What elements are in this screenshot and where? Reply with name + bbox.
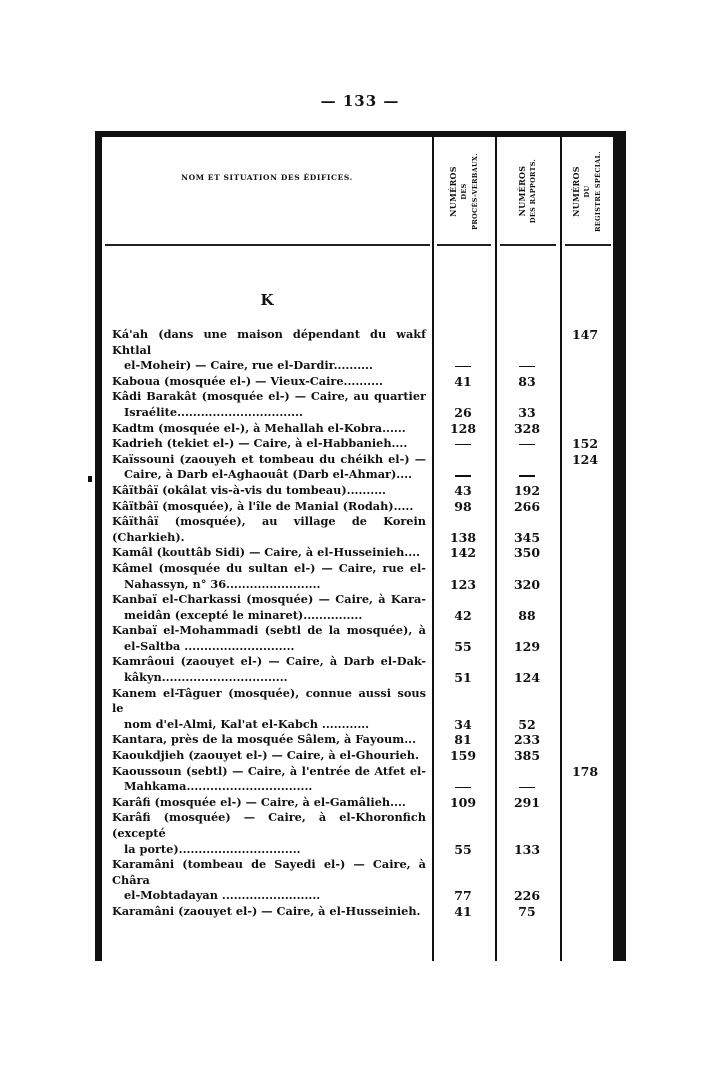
proces-verbal-number: 43 bbox=[433, 483, 493, 499]
edifice-name: Kantara, près de la mosquée Sâlem, à Fay… bbox=[112, 732, 426, 748]
proces-verbal-number: 123 bbox=[433, 577, 493, 593]
rapport-number: 52 bbox=[498, 717, 556, 733]
dash-mark bbox=[455, 366, 471, 368]
table-row: Kamâl (kouttâb Sidi) — Caire, à el-Husse… bbox=[95, 545, 626, 561]
edifice-name: Kanem el-Tâguer (mosquée), connue aussi … bbox=[112, 686, 426, 733]
proces-verbal-number: 138 bbox=[433, 530, 493, 546]
rapport-number: 129 bbox=[498, 639, 556, 655]
dash-mark bbox=[519, 787, 535, 789]
table-row: Karâfi (mosquée el-) — Caire, à el-Gamâl… bbox=[95, 795, 626, 811]
table-row: Kamrâoui (zaouyet el-) — Caire, à Darb e… bbox=[95, 654, 626, 685]
table-row: Kâïtbâï (okâlat vis-à-vis du tombeau)...… bbox=[95, 483, 626, 499]
table-row: Kâmel (mosquée du sultan el-) — Caire, r… bbox=[95, 561, 626, 592]
header-rapports: NUMÉROS DES RAPPORTS. bbox=[497, 141, 560, 241]
entries-list: Ká'ah (dans une maison dépendant du wakf… bbox=[95, 327, 626, 920]
header-rule bbox=[500, 244, 556, 246]
proces-verbal-number: 51 bbox=[433, 670, 493, 686]
edifice-name: Kaïssouni (zaouyeh et tombeau du chéikh … bbox=[112, 452, 426, 483]
proces-verbal-number: 77 bbox=[433, 888, 493, 904]
dash-mark bbox=[519, 366, 535, 368]
edifice-name: Kâïtbâï (mosquée), à l'île de Manial (Ro… bbox=[112, 499, 426, 515]
table-border-top bbox=[95, 131, 626, 137]
rapport-number: 226 bbox=[498, 888, 556, 904]
proces-verbal-number: 128 bbox=[433, 421, 493, 437]
rapport-number: 345 bbox=[498, 530, 556, 546]
rapport-number: 33 bbox=[498, 405, 556, 421]
edifice-name: Karâfi (mosquée el-) — Caire, à el-Gamâl… bbox=[112, 795, 426, 811]
proces-verbal-number: 26 bbox=[433, 405, 493, 421]
table-row: Kadrieh (tekiet el-) — Caire, à el-Habba… bbox=[95, 436, 626, 452]
edifice-name: Karamâni (tombeau de Sayedi el-) — Caire… bbox=[112, 857, 426, 904]
edifice-name: Karamâni (zaouyet el-) — Caire, à el-Hus… bbox=[112, 904, 426, 920]
table-row: Kaoussoun (sebtl) — Caire, à l'entrée de… bbox=[95, 764, 626, 795]
rapport-number: 192 bbox=[498, 483, 556, 499]
rapport-number: 75 bbox=[498, 904, 556, 920]
proces-verbal-number: 109 bbox=[433, 795, 493, 811]
edifice-name: Ká'ah (dans une maison dépendant du wakf… bbox=[112, 327, 426, 374]
header-registre-special: NUMÉROS DU REGISTRE SPÉCIAL. bbox=[562, 141, 613, 241]
table-row: Karamâni (zaouyet el-) — Caire, à el-Hus… bbox=[95, 904, 626, 920]
table-row: Kâïtbâï (mosquée), à l'île de Manial (Ro… bbox=[95, 499, 626, 515]
rapport-number: 124 bbox=[498, 670, 556, 686]
table-row: Kanbaï el-Mohammadi (sebtl de la mosquée… bbox=[95, 623, 626, 654]
edifice-name: Kâmel (mosquée du sultan el-) — Caire, r… bbox=[112, 561, 426, 592]
proces-verbal-number bbox=[433, 436, 493, 452]
table-row: Kâdi Barakât (mosquée el-) — Caire, au q… bbox=[95, 389, 626, 420]
rapport-number: 385 bbox=[498, 748, 556, 764]
rapport-number: 88 bbox=[498, 608, 556, 624]
proces-verbal-number bbox=[433, 467, 493, 483]
proces-verbal-number: 98 bbox=[433, 499, 493, 515]
table-row: Kanbaï el-Charkassi (mosquée) — Caire, à… bbox=[95, 592, 626, 623]
edifice-name: Karâfi (mosquée) — Caire, à el-Khoronfic… bbox=[112, 810, 426, 857]
dash-mark bbox=[455, 787, 471, 789]
rapport-number: 350 bbox=[498, 545, 556, 561]
edifices-table: NOM ET SITUATION DES ÉDIFICES. NUMÉROS D… bbox=[95, 131, 626, 961]
edifice-name: Kaoussoun (sebtl) — Caire, à l'entrée de… bbox=[112, 764, 426, 795]
proces-verbal-number: 159 bbox=[433, 748, 493, 764]
table-row: Karamâni (tombeau de Sayedi el-) — Caire… bbox=[95, 857, 626, 904]
table-row: Karâfi (mosquée) — Caire, à el-Khoronfic… bbox=[95, 810, 626, 857]
table-row: Kaoukdjieh (zaouyet el-) — Caire, à el-G… bbox=[95, 748, 626, 764]
rapport-number: 233 bbox=[498, 732, 556, 748]
rapport-number: 328 bbox=[498, 421, 556, 437]
table-row: Ká'ah (dans une maison dépendant du wakf… bbox=[95, 327, 626, 374]
dash-mark bbox=[519, 475, 535, 477]
edifice-name: Kaboua (mosquée el-) — Vieux-Caire......… bbox=[112, 374, 426, 390]
table-row: Kaïssouni (zaouyeh et tombeau du chéikh … bbox=[95, 452, 626, 483]
proces-verbal-number: 34 bbox=[433, 717, 493, 733]
proces-verbal-number: 81 bbox=[433, 732, 493, 748]
edifice-name: Kanbaï el-Charkassi (mosquée) — Caire, à… bbox=[112, 592, 426, 623]
table-row: Kaboua (mosquée el-) — Vieux-Caire......… bbox=[95, 374, 626, 390]
edifice-name: Kamâl (kouttâb Sidi) — Caire, à el-Husse… bbox=[112, 545, 426, 561]
edifice-name: Kamrâoui (zaouyet el-) — Caire, à Darb e… bbox=[112, 654, 426, 685]
rapport-number: 133 bbox=[498, 842, 556, 858]
table-row: Kanem el-Tâguer (mosquée), connue aussi … bbox=[95, 686, 626, 733]
rapport-number: 266 bbox=[498, 499, 556, 515]
rapport-number bbox=[498, 436, 556, 452]
proces-verbal-number: 41 bbox=[433, 904, 493, 920]
registre-number: 147 bbox=[557, 327, 613, 343]
edifice-name: Kanbaï el-Mohammadi (sebtl de la mosquée… bbox=[112, 623, 426, 654]
edifice-name: Kaoukdjieh (zaouyet el-) — Caire, à el-G… bbox=[112, 748, 426, 764]
dash-mark bbox=[455, 444, 471, 446]
edifice-name: Kadtm (mosquée el-), à Mehallah el-Kobra… bbox=[112, 421, 426, 437]
proces-verbal-number: 42 bbox=[433, 608, 493, 624]
edifice-name: Kâïthâï (mosquée), au village de Korein … bbox=[112, 514, 426, 545]
registre-number: 178 bbox=[557, 764, 613, 780]
rapport-number bbox=[498, 358, 556, 374]
proces-verbal-number: 55 bbox=[433, 842, 493, 858]
proces-verbal-number bbox=[433, 358, 493, 374]
edifice-name: Kâïtbâï (okâlat vis-à-vis du tombeau)...… bbox=[112, 483, 426, 499]
header-proces-verbaux: NUMÉROS DES PROCÈS-VERBAUX. bbox=[434, 141, 495, 241]
margin-mark bbox=[88, 476, 92, 482]
rapport-number bbox=[498, 467, 556, 483]
page-number: — 133 — bbox=[0, 92, 720, 110]
section-letter: K bbox=[102, 291, 432, 309]
header-rule bbox=[565, 244, 611, 246]
registre-number: 152 bbox=[557, 436, 613, 452]
rapport-number: 291 bbox=[498, 795, 556, 811]
edifice-name: Kadrieh (tekiet el-) — Caire, à el-Habba… bbox=[112, 436, 426, 452]
dash-mark bbox=[455, 475, 471, 477]
rapport-number bbox=[498, 779, 556, 795]
rapport-number: 83 bbox=[498, 374, 556, 390]
header-rule bbox=[105, 244, 430, 246]
proces-verbal-number: 142 bbox=[433, 545, 493, 561]
proces-verbal-number: 41 bbox=[433, 374, 493, 390]
table-row: Kantara, près de la mosquée Sâlem, à Fay… bbox=[95, 732, 626, 748]
table-row: Kadtm (mosquée el-), à Mehallah el-Kobra… bbox=[95, 421, 626, 437]
header-rule bbox=[437, 244, 491, 246]
header-name-column: NOM ET SITUATION DES ÉDIFICES. bbox=[102, 173, 432, 182]
table-row: Kâïthâï (mosquée), au village de Korein … bbox=[95, 514, 626, 545]
edifice-name: Kâdi Barakât (mosquée el-) — Caire, au q… bbox=[112, 389, 426, 420]
registre-number: 124 bbox=[557, 452, 613, 468]
dash-mark bbox=[519, 444, 535, 446]
proces-verbal-number bbox=[433, 779, 493, 795]
rapport-number: 320 bbox=[498, 577, 556, 593]
proces-verbal-number: 55 bbox=[433, 639, 493, 655]
